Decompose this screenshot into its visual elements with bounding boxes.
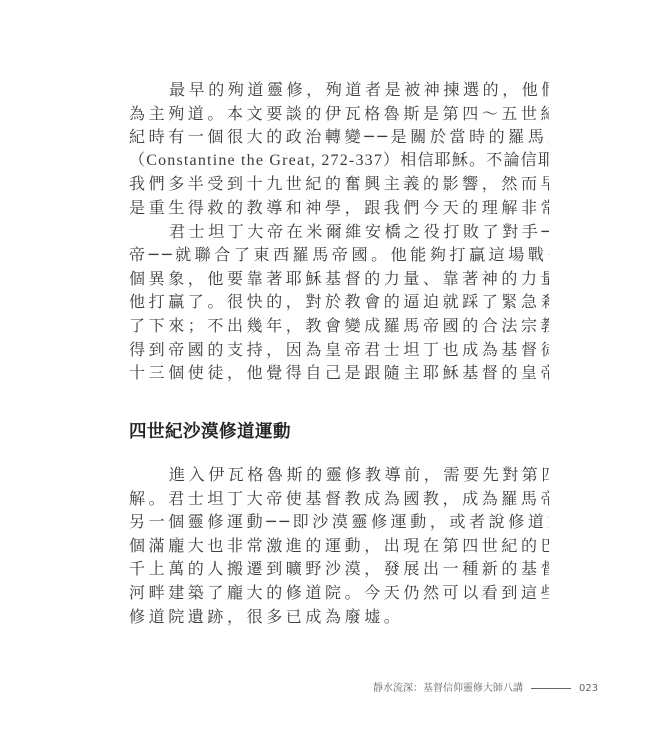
paragraph-3-line-3: 另一個靈修運動──即沙漠靈修運動，或者說修道靈修運動。這是一 <box>129 510 549 534</box>
paragraph-2-line-5: 了下來；不出幾年，教會變成羅馬帝國的合法宗教。基督信仰合法化 <box>129 314 549 338</box>
paragraph-3-line-2: 解。君士坦丁大帝使基督教成為國教，成為羅馬帝國的宗教，這帶來 <box>129 487 549 511</box>
paragraph-1-line-3: 紀時有一個很大的政治轉變──是關於當時的羅馬皇帝君士坦丁 <box>129 125 549 149</box>
body-text-bottom: 進入伊瓦格魯斯的靈修教導前，需要先對第四世紀的背景有些了 解。君士坦丁大帝使基督… <box>129 463 549 628</box>
running-title: 靜水流深：基督信仰靈修大師八講 <box>373 683 523 694</box>
paragraph-2-line-4: 他打贏了。很快的，對於教會的逼迫就踩了緊急剎車，整個逼迫就停 <box>129 290 549 314</box>
paragraph-2-line-1: 君士坦丁大帝在米爾維安橋之役打敗了對手──東方的羅馬皇 <box>129 220 549 244</box>
page-footer: 靜水流深：基督信仰靈修大師八講023 <box>373 679 598 694</box>
paragraph-1-line-5: 我們多半受到十九世紀的奮興主義的影響，然而早期教會的信耶穌或 <box>129 172 549 196</box>
paragraph-2-line-3: 個異象，他要靠著耶穌基督的力量、靠著神的力量來征服，神的確讓 <box>129 267 549 291</box>
page-number: 023 <box>579 683 598 694</box>
footer-rule <box>531 688 571 689</box>
paragraph-2-line-6: 得到帝國的支持，因為皇帝君士坦丁也成為基督徒──他說自己是第 <box>129 338 549 362</box>
paragraph-2-line-7: 十三個使徒，他覺得自己是跟隨主耶穌基督的皇帝。 <box>129 361 549 385</box>
paragraph-1-line-6: 是重生得救的教導和神學，跟我們今天的理解非常不同。 <box>129 196 549 220</box>
paragraph-3-line-1: 進入伊瓦格魯斯的靈修教導前，需要先對第四世紀的背景有些了 <box>129 463 549 487</box>
body-text-top: 最早的殉道靈修，殉道者是被神揀選的，他們期待被神揀選， 為主殉道。本文要談的伊瓦… <box>129 78 549 385</box>
section-heading: 四世紀沙漠修道運動 <box>129 418 291 443</box>
paragraph-3-line-5: 千上萬的人搬遷到曠野沙漠，發展出一種新的基督徒生活，沿著尼羅 <box>129 557 549 581</box>
paragraph-1-line-2: 為主殉道。本文要談的伊瓦格魯斯是第四～五世紀的人物，第四世 <box>129 102 549 126</box>
paragraph-2-line-2: 帝──就聯合了東西羅馬帝國。他能夠打贏這場戰爭，是看到天上一 <box>129 243 549 267</box>
paragraph-3-line-7: 修道院遺跡，很多已成為廢墟。 <box>129 605 549 629</box>
paragraph-3-line-6: 河畔建築了龐大的修道院。今天仍然可以看到這些有著上千年歷史的 <box>129 581 549 605</box>
book-page: 最早的殉道靈修，殉道者是被神揀選的，他們期待被神揀選， 為主殉道。本文要談的伊瓦… <box>0 0 650 750</box>
paragraph-1-line-1: 最早的殉道靈修，殉道者是被神揀選的，他們期待被神揀選， <box>129 78 549 102</box>
paragraph-1-line-4: （Constantine the Great, 272-337）相信耶穌。不論信… <box>129 149 549 173</box>
paragraph-3-line-4: 個滿龐大也非常激進的運動，出現在第四世紀的巴勒斯坦和埃及，成 <box>129 534 549 558</box>
